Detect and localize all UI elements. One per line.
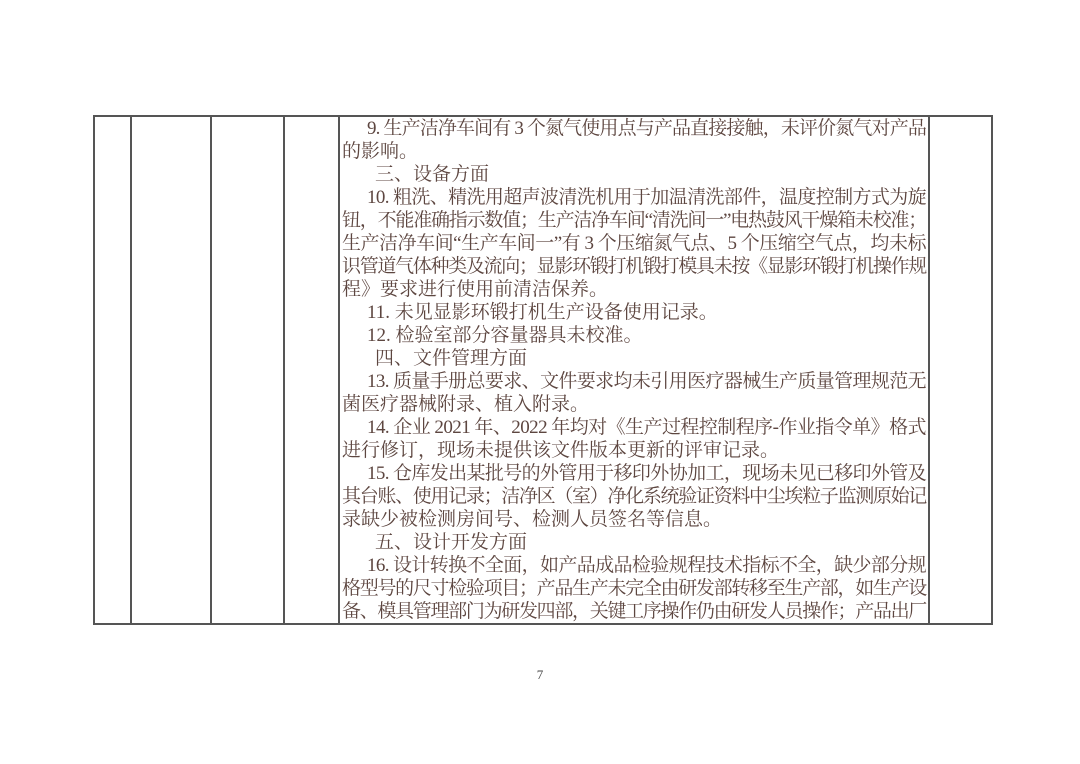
findings-cell: 9. 生产洁净车间有 3 个氮气使用点与产品直接接触，未评价氮气对产品的影响。三…	[340, 117, 930, 623]
finding-line-text: 11. 未见显影环锻打机生产设备使用记录。	[367, 301, 718, 324]
finding-line-text: 录缺少被检测房间号、检测人员签名等信息。	[342, 508, 722, 531]
finding-line-text: 15. 仓库发出某批号的外管用于移印外协加工，现场未见已移印外管及	[367, 462, 926, 485]
finding-line: 录缺少被检测房间号、检测人员签名等信息。	[340, 508, 928, 531]
table-cell-2	[132, 117, 212, 623]
finding-line: 五、设计开发方面	[340, 531, 928, 554]
finding-line-text: 9. 生产洁净车间有 3 个氮气使用点与产品直接接触，未评价氮气对产品	[367, 117, 926, 140]
table-cell-3	[212, 117, 285, 623]
finding-line-text: 四、文件管理方面	[375, 347, 527, 370]
finding-line: 16. 设计转换不全面，如产品成品检验规程技术指标不全，缺少部分规	[340, 554, 928, 577]
finding-line: 13. 质量手册总要求、文件要求均未引用医疗器械生产质量管理规范无	[340, 370, 928, 393]
finding-line: 进行修订，现场未提供该文件版本更新的评审记录。	[340, 439, 928, 462]
page-number: 7	[0, 667, 1080, 683]
finding-line-text: 进行修订，现场未提供该文件版本更新的评审记录。	[342, 439, 779, 462]
finding-line: 12. 检验室部分容量器具未校准。	[340, 324, 928, 347]
finding-line: 14. 企业 2021 年、2022 年均对《生产过程控制程序-作业指令单》格式	[340, 416, 928, 439]
inspection-findings-table: 9. 生产洁净车间有 3 个氮气使用点与产品直接接触，未评价氮气对产品的影响。三…	[93, 115, 993, 625]
finding-line: 备、模具管理部门为研发四部，关键工序操作仍由研发人员操作；产品出厂	[340, 600, 928, 623]
finding-line-text: 13. 质量手册总要求、文件要求均未引用医疗器械生产质量管理规范无	[367, 370, 926, 393]
finding-line: 11. 未见显影环锻打机生产设备使用记录。	[340, 301, 928, 324]
finding-line-text: 五、设计开发方面	[375, 531, 527, 554]
finding-line-text: 程》要求进行使用前清洁保养。	[342, 278, 608, 301]
finding-line: 格型号的尺寸检验项目；产品生产未完全由研发部转移至生产部，如生产设	[340, 577, 928, 600]
table-cell-4	[285, 117, 340, 623]
finding-line-text: 12. 检验室部分容量器具未校准。	[367, 324, 643, 347]
finding-line-text: 16. 设计转换不全面，如产品成品检验规程技术指标不全，缺少部分规	[367, 554, 926, 577]
finding-line: 识管道气体种类及流向；显影环锻打机锻打模具未按《显影环锻打机操作规	[340, 255, 928, 278]
finding-line-text: 其台账、使用记录；洁净区（室）净化系统验证资料中尘埃粒子监测原始记	[342, 485, 926, 508]
finding-line-text: 格型号的尺寸检验项目；产品生产未完全由研发部转移至生产部，如生产设	[342, 577, 926, 600]
finding-line: 钮，不能准确指示数值；生产洁净车间“清洗间一”电热鼓风干燥箱未校准；	[340, 209, 928, 232]
finding-line: 10. 粗洗、精洗用超声波清洗机用于加温清洗部件，温度控制方式为旋	[340, 186, 928, 209]
finding-line: 三、设备方面	[340, 163, 928, 186]
table-cell-6	[930, 117, 991, 623]
table-cell-1	[95, 117, 132, 623]
finding-line-text: 备、模具管理部门为研发四部，关键工序操作仍由研发人员操作；产品出厂	[342, 600, 926, 623]
finding-line: 菌医疗器械附录、植入附录。	[340, 393, 928, 416]
finding-line: 的影响。	[340, 140, 928, 163]
finding-line-text: 钮，不能准确指示数值；生产洁净车间“清洗间一”电热鼓风干燥箱未校准；	[342, 209, 926, 232]
document-page: 9. 生产洁净车间有 3 个氮气使用点与产品直接接触，未评价氮气对产品的影响。三…	[0, 0, 1080, 764]
findings-text: 9. 生产洁净车间有 3 个氮气使用点与产品直接接触，未评价氮气对产品的影响。三…	[340, 117, 928, 623]
finding-line: 四、文件管理方面	[340, 347, 928, 370]
finding-line: 其台账、使用记录；洁净区（室）净化系统验证资料中尘埃粒子监测原始记	[340, 485, 928, 508]
finding-line-text: 识管道气体种类及流向；显影环锻打机锻打模具未按《显影环锻打机操作规	[342, 255, 926, 278]
finding-line-text: 三、设备方面	[375, 163, 489, 186]
finding-line-text: 生产洁净车间“生产车间一”有 3 个压缩氮气点、5 个压缩空气点，均未标	[342, 232, 926, 255]
finding-line-text: 的影响。	[342, 140, 418, 163]
finding-line: 程》要求进行使用前清洁保养。	[340, 278, 928, 301]
finding-line-text: 14. 企业 2021 年、2022 年均对《生产过程控制程序-作业指令单》格式	[367, 416, 926, 439]
finding-line: 生产洁净车间“生产车间一”有 3 个压缩氮气点、5 个压缩空气点，均未标	[340, 232, 928, 255]
finding-line: 15. 仓库发出某批号的外管用于移印外协加工，现场未见已移印外管及	[340, 462, 928, 485]
finding-line: 9. 生产洁净车间有 3 个氮气使用点与产品直接接触，未评价氮气对产品	[340, 117, 928, 140]
finding-line-text: 10. 粗洗、精洗用超声波清洗机用于加温清洗部件，温度控制方式为旋	[367, 186, 926, 209]
finding-line-text: 菌医疗器械附录、植入附录。	[342, 393, 589, 416]
